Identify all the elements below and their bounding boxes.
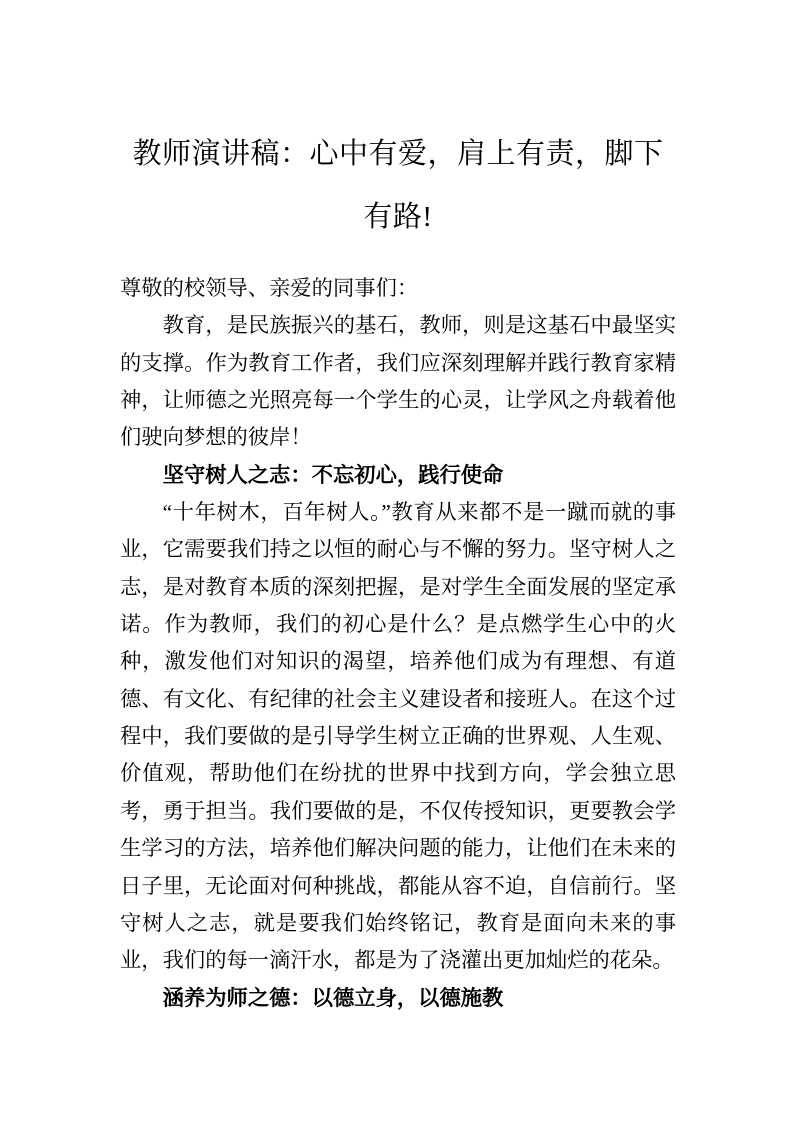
intro-paragraph: 教育，是民族振兴的基石，教师，则是这基石中最坚实的支撑。作为教育工作者，我们应深…	[120, 307, 676, 456]
document-body: 尊敬的校领导、亲爱的同事们： 教育，是民族振兴的基石，教师，则是这基石中最坚实的…	[120, 270, 676, 1017]
document-page: 教师演讲稿：心中有爱，肩上有责，脚下有路! 尊敬的校领导、亲爱的同事们： 教育，…	[0, 0, 793, 1122]
document-content: 教师演讲稿：心中有爱，肩上有责，脚下有路! 尊敬的校领导、亲爱的同事们： 教育，…	[120, 0, 676, 1017]
document-title: 教师演讲稿：心中有爱，肩上有责，脚下有路!	[120, 123, 676, 249]
section2-heading: 涵养为师之德：以德立身，以德施教	[120, 980, 676, 1017]
salutation-line: 尊敬的校领导、亲爱的同事们：	[120, 270, 676, 307]
section1-paragraph: “十年树木，百年树人。”教育从来都不是一蹴而就的事业，它需要我们持之以恒的耐心与…	[120, 494, 676, 979]
section1-heading: 坚守树人之志：不忘初心，践行使命	[120, 457, 676, 494]
